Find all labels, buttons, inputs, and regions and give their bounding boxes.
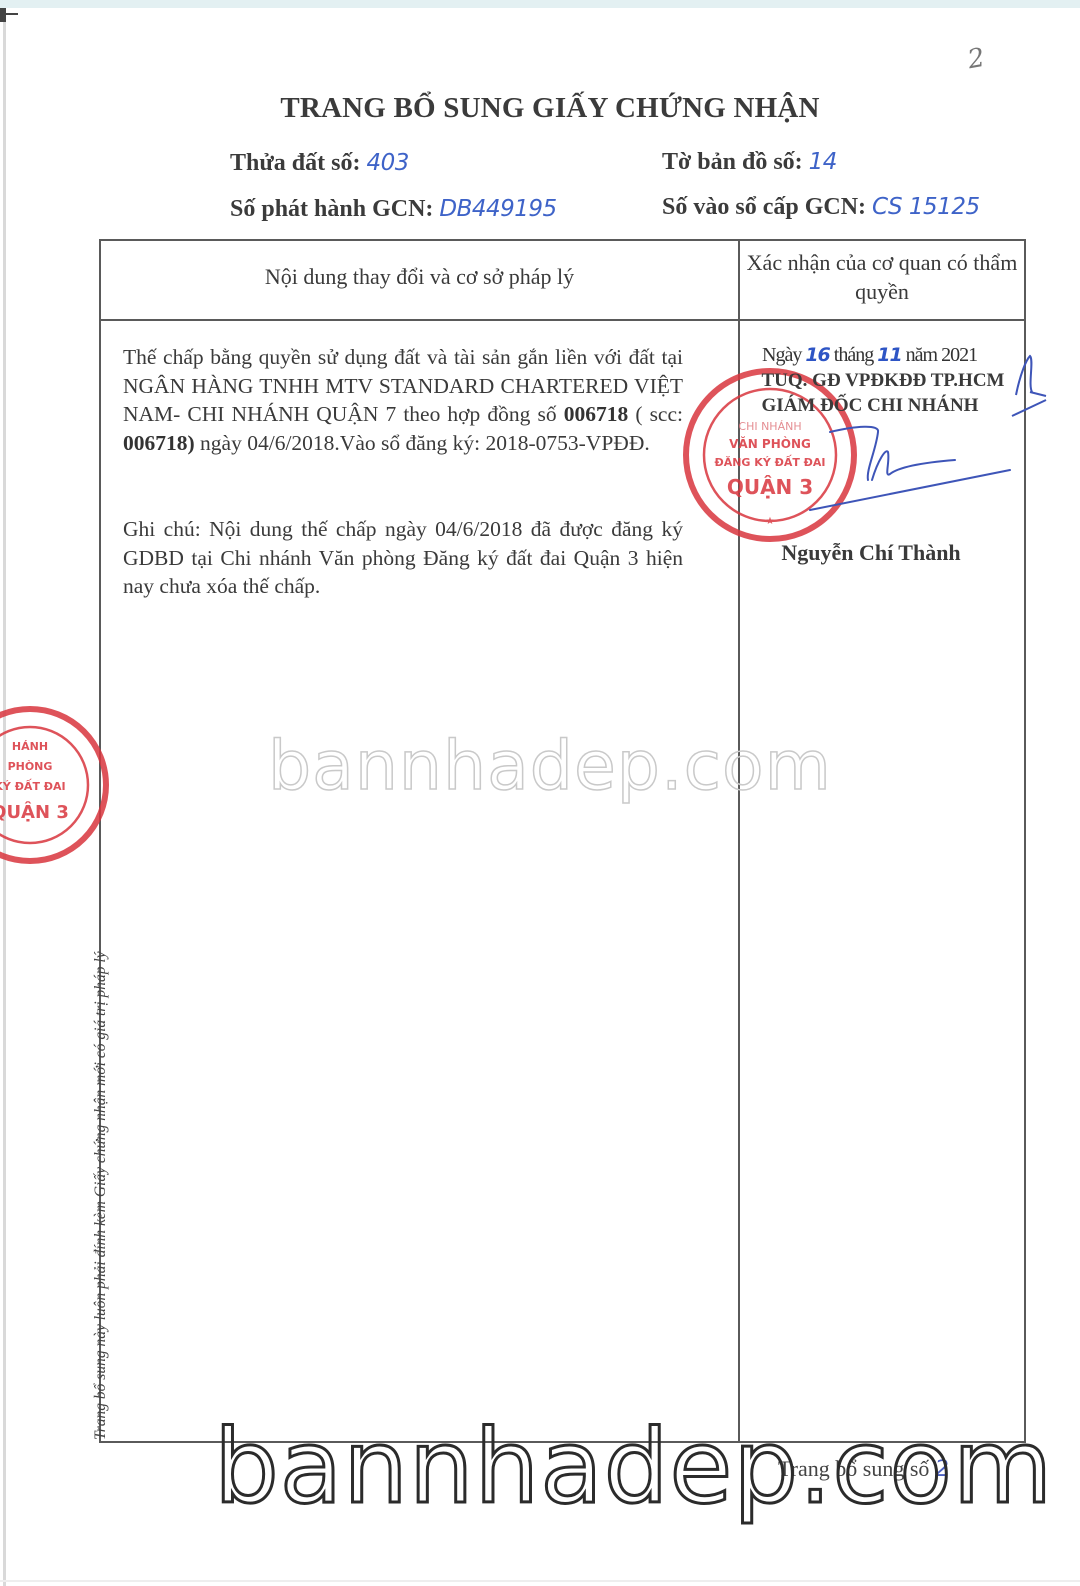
svg-text:HÁNH: HÁNH — [12, 740, 48, 753]
year-label: năm 2021 — [906, 344, 977, 366]
stamp-line: ĐĂNG KÝ ĐẤT ĐAI — [715, 454, 826, 469]
svg-text:PHÒNG: PHÒNG — [8, 760, 53, 773]
stamp-line: CHI NHÁNH — [738, 420, 801, 433]
svg-text:KÝ ĐẤT ĐAI: KÝ ĐẤT ĐAI — [0, 778, 66, 793]
svg-text:★: ★ — [766, 516, 775, 527]
svg-text:QUẬN 3: QUẬN 3 — [0, 801, 69, 823]
watermark-middle: bannhadep.com — [268, 727, 832, 806]
confirmation-date: Ngày 16 tháng 11 năm 2021 — [762, 344, 977, 367]
side-note: Trang bổ sung này luôn phải đính kèm Giấ… — [92, 951, 110, 1440]
stamp-line: QUẬN 3 — [727, 475, 813, 499]
signer-name: Nguyễn Chí Thành — [740, 540, 1002, 566]
month-value: 11 — [877, 344, 901, 366]
stamp-line: VĂN PHÒNG — [729, 436, 811, 451]
day-label: Ngày — [762, 344, 801, 366]
authority-line-2: GIÁM ĐỐC CHI NHÁNH — [740, 395, 1000, 417]
day-value: 16 — [805, 344, 829, 366]
authority-line-1: TUQ. GĐ VPĐKĐĐ TP.HCM — [740, 370, 1026, 392]
red-stamp-partial-icon: HÁNH PHÒNG KÝ ĐẤT ĐAI QUẬN 3 — [0, 709, 106, 861]
month-label: tháng — [834, 344, 873, 366]
watermark-bottom: bannhadep.com — [214, 1408, 1053, 1527]
